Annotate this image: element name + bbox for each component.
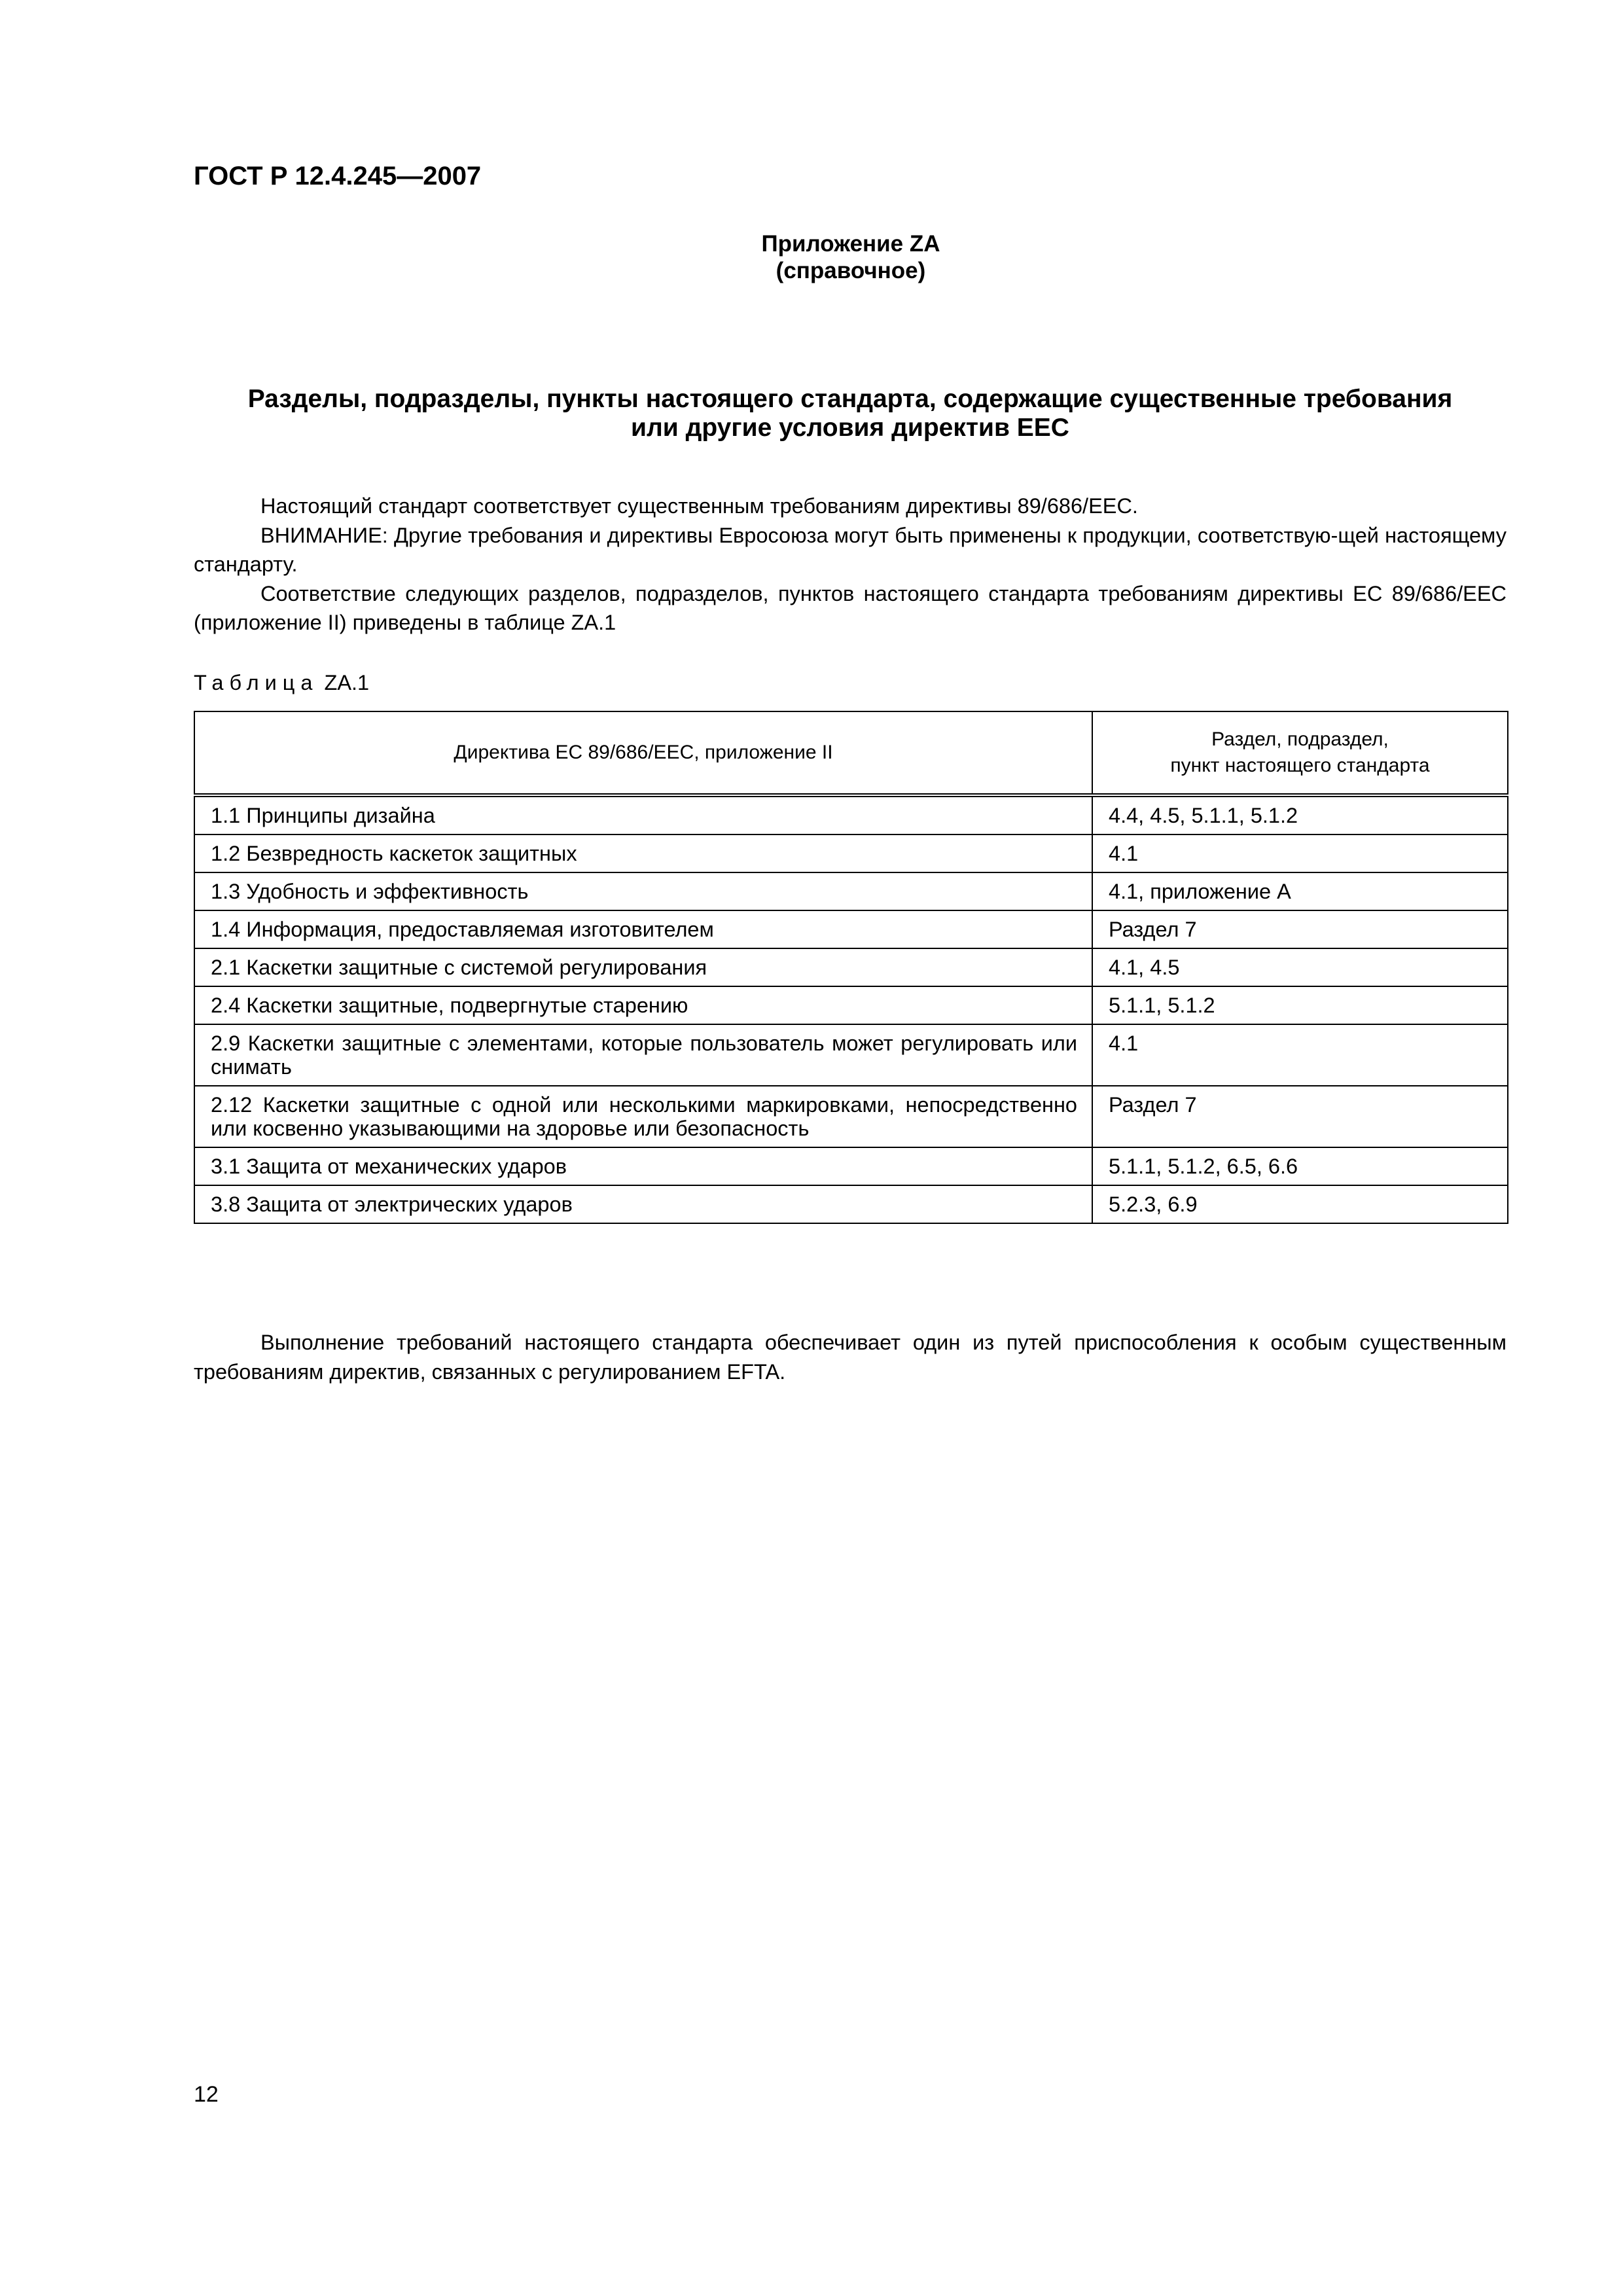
section-title-line-1: Разделы, подразделы, пункты настоящего с…	[194, 385, 1507, 414]
intro-paragraph: Настоящий стандарт соответствует существ…	[194, 492, 1507, 521]
column-header-section: Раздел, подраздел, пункт настоящего стан…	[1092, 711, 1508, 795]
reference-cell: 5.1.1, 5.1.2	[1092, 986, 1508, 1024]
requirement-cell: 1.1 Принципы дизайна	[194, 795, 1092, 834]
table-body: 1.1 Принципы дизайна4.4, 4.5, 5.1.1, 5.1…	[194, 795, 1508, 1223]
intro-paragraph: ВНИМАНИЕ: Другие требования и директивы …	[194, 521, 1507, 579]
table-caption-id: ZA.1	[324, 671, 369, 694]
table-row: 1.4 Информация, предоставляемая изготови…	[194, 910, 1508, 948]
table-row: 3.8 Защита от электрических ударов5.2.3,…	[194, 1185, 1508, 1223]
table-row: 2.12 Каскетки защитные с одной или неско…	[194, 1086, 1508, 1147]
reference-cell: 4.1	[1092, 1024, 1508, 1086]
requirement-cell: 2.1 Каскетки защитные с системой регулир…	[194, 948, 1092, 986]
table-row: 1.3 Удобность и эффективность4.1, прилож…	[194, 872, 1508, 910]
annex-title: Приложение ZA	[589, 230, 1113, 257]
column-header-section-line-2: пункт настоящего стандарта	[1106, 753, 1494, 779]
table-header-row: Директива ЕС 89/686/ЕЕС, приложение II Р…	[194, 711, 1508, 795]
section-title-line-2: или другие условия директив ЕЕС	[194, 414, 1507, 442]
table-row: 1.1 Принципы дизайна4.4, 4.5, 5.1.1, 5.1…	[194, 795, 1508, 834]
section-title: Разделы, подразделы, пункты настоящего с…	[194, 385, 1507, 442]
column-header-directive: Директива ЕС 89/686/ЕЕС, приложение II	[194, 711, 1092, 795]
outro-paragraph: Выполнение требований настоящего стандар…	[194, 1328, 1507, 1386]
outro-text: Выполнение требований настоящего стандар…	[194, 1328, 1507, 1386]
table-caption-prefix: Таблица	[194, 671, 318, 694]
requirement-cell: 2.9 Каскетки защитные с элементами, кото…	[194, 1024, 1092, 1086]
document-code: ГОСТ Р 12.4.245—2007	[194, 160, 481, 192]
intro-text: Настоящий стандарт соответствует существ…	[194, 492, 1507, 637]
table-row: 2.9 Каскетки защитные с элементами, кото…	[194, 1024, 1508, 1086]
requirement-cell: 2.12 Каскетки защитные с одной или неско…	[194, 1086, 1092, 1147]
table-row: 2.4 Каскетки защитные, подвергнутые стар…	[194, 986, 1508, 1024]
requirement-cell: 3.8 Защита от электрических ударов	[194, 1185, 1092, 1223]
reference-cell: 4.1, приложение А	[1092, 872, 1508, 910]
annex-status: (справочное)	[589, 257, 1113, 284]
reference-cell: Раздел 7	[1092, 1086, 1508, 1147]
table-row: 3.1 Защита от механических ударов5.1.1, …	[194, 1147, 1508, 1185]
reference-cell: Раздел 7	[1092, 910, 1508, 948]
intro-paragraph: Соответствие следующих разделов, подразд…	[194, 579, 1507, 637]
table-caption: Таблица ZA.1	[194, 670, 369, 696]
page-number: 12	[194, 2081, 219, 2108]
reference-cell: 4.1	[1092, 834, 1508, 872]
correspondence-table: Директива ЕС 89/686/ЕЕС, приложение II Р…	[194, 711, 1508, 1224]
reference-cell: 4.4, 4.5, 5.1.1, 5.1.2	[1092, 795, 1508, 834]
annex-heading: Приложение ZA (справочное)	[589, 230, 1113, 284]
column-header-section-line-1: Раздел, подраздел,	[1106, 726, 1494, 753]
requirement-cell: 1.3 Удобность и эффективность	[194, 872, 1092, 910]
requirement-cell: 1.4 Информация, предоставляемая изготови…	[194, 910, 1092, 948]
requirement-cell: 1.2 Безвредность каскеток защитных	[194, 834, 1092, 872]
reference-cell: 5.1.1, 5.1.2, 6.5, 6.6	[1092, 1147, 1508, 1185]
table-row: 1.2 Безвредность каскеток защитных4.1	[194, 834, 1508, 872]
reference-cell: 5.2.3, 6.9	[1092, 1185, 1508, 1223]
requirement-cell: 2.4 Каскетки защитные, подвергнутые стар…	[194, 986, 1092, 1024]
reference-cell: 4.1, 4.5	[1092, 948, 1508, 986]
requirement-cell: 3.1 Защита от механических ударов	[194, 1147, 1092, 1185]
table-row: 2.1 Каскетки защитные с системой регулир…	[194, 948, 1508, 986]
